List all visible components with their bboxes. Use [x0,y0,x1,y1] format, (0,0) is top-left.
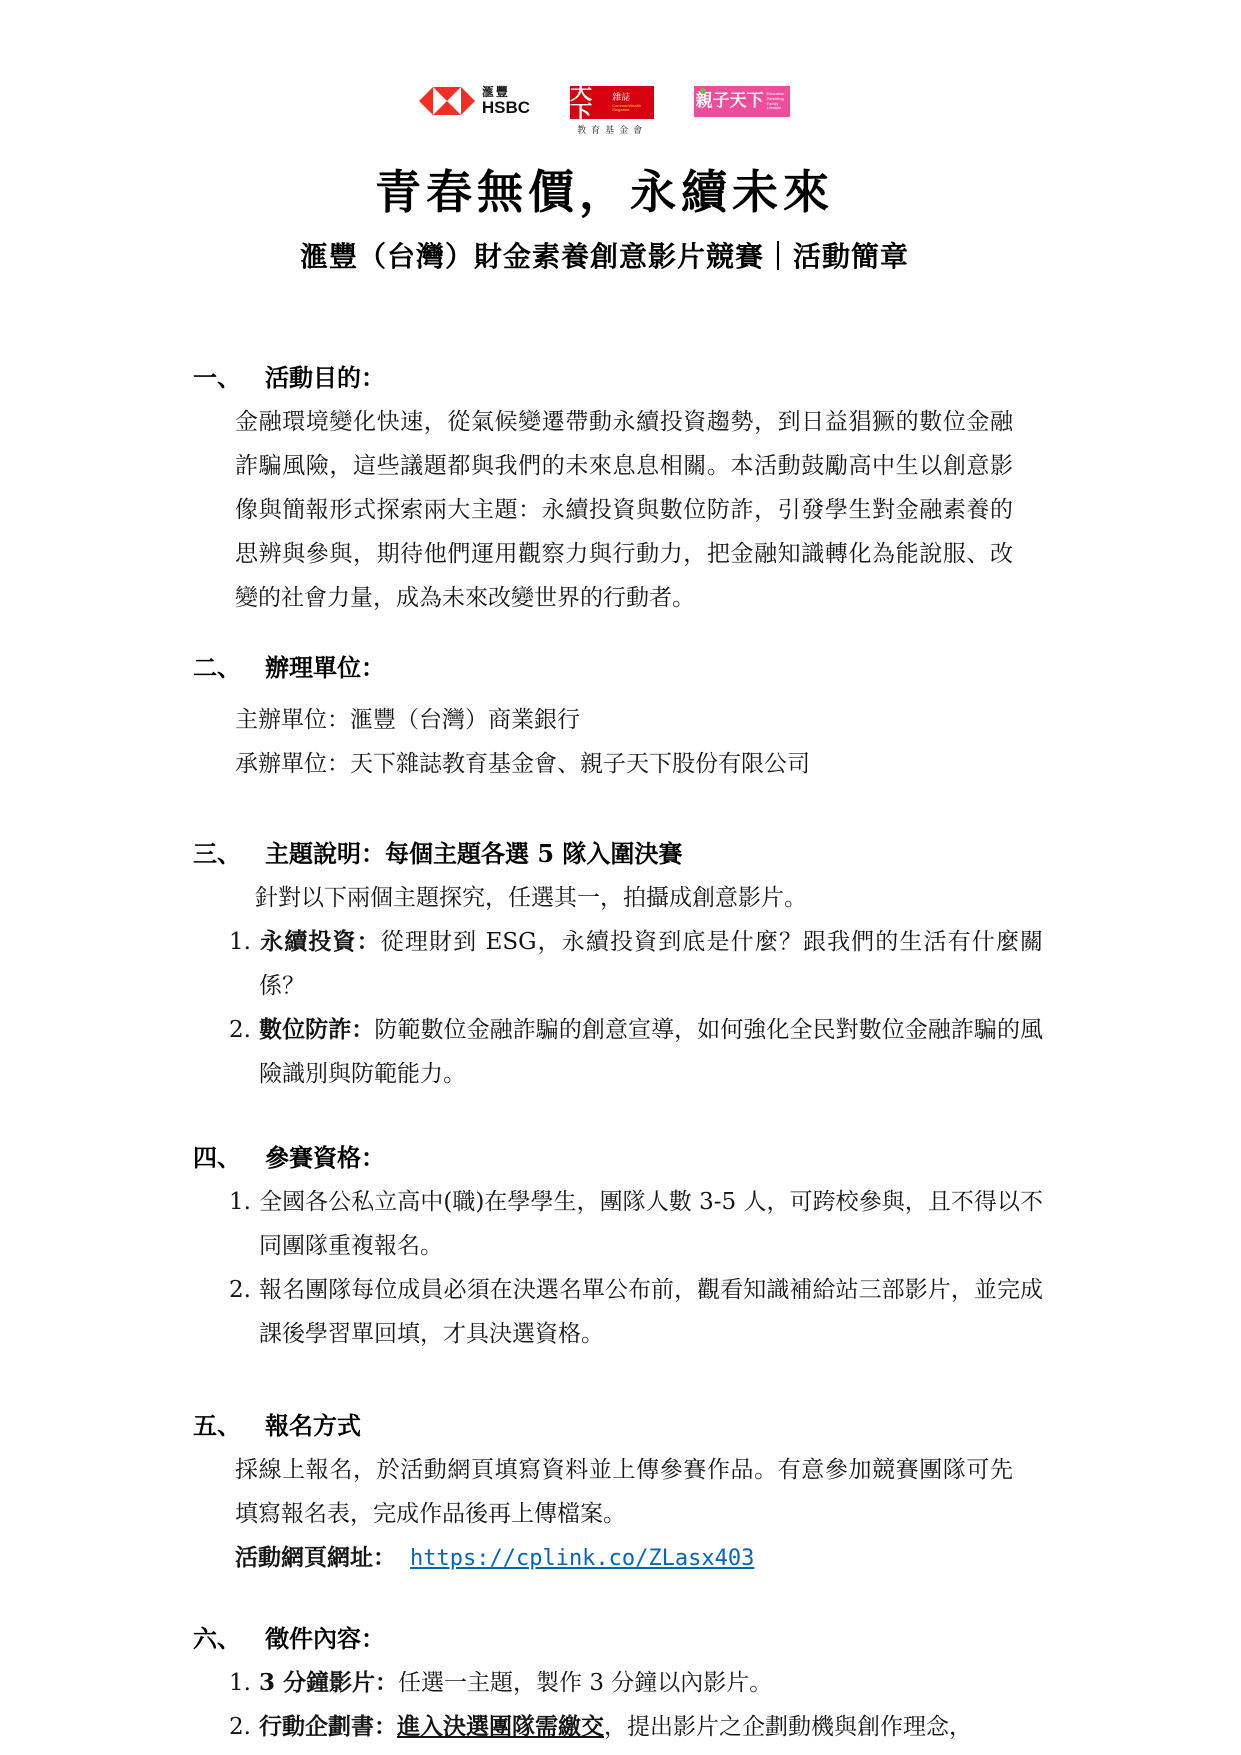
item-bold-label: 行動企劃書： [259,1713,397,1740]
commonwealth-main-label: 天下 [570,81,609,125]
item-number: 2. [229,1705,259,1749]
hsbc-logo: 滙豐 HSBC [419,86,530,116]
commonwealth-logo-box: 天下 雜誌 CommonWealth Magazine [570,86,654,119]
section-heading: 四、 參賽資格： [193,1136,1016,1180]
item-number: 2. [229,1268,259,1312]
section-organizers: 二、 辦理單位： 主辦單位：滙豐（台灣）商業銀行 承辦單位：天下雜誌教育基金會、… [193,646,1016,786]
registration-paragraph: 採線上報名，於活動網頁填寫資料並上傳參賽作品。有意參加競賽團隊可先填寫報名表，完… [235,1448,1013,1536]
section-registration: 五、 報名方式 採線上報名，於活動網頁填寫資料並上傳參賽作品。有意參加競賽團隊可… [193,1404,1016,1581]
theme-item-digital-fraud-prevention: 2.數位防詐：防範數位金融詐騙的創意宣導，如何強化全民對數位金融詐騙的風險識別與… [229,1008,1043,1096]
section-submission: 六、 徵件內容： 1.3 分鐘影片：任選一主題，製作 3 分鐘以內影片。 2.行… [193,1617,1016,1749]
item-text: 任選一主題，製作 3 分鐘以內影片。 [398,1670,772,1696]
parenting-en-label: Education Parenting Family Lifestyle [767,92,789,111]
theme-item-sustainable-investing: 1.永續投資：從理財到 ESG，永續投資到底是什麼？跟我們的生活有什麼關係？ [229,920,1043,1008]
event-url-label: 活動網頁網址： [235,1544,396,1571]
item-number: 2. [229,1008,259,1052]
section-eligibility: 四、 參賽資格： 1.全國各公私立高中(職)在學學生，團隊人數 3-5 人，可跨… [193,1136,1016,1356]
section-purpose: 一、 活動目的： 金融環境變化快速，從氣候變遷帶動永續投資趨勢，到日益猖獗的數位… [193,356,1016,620]
hsbc-en-label: HSBC [482,99,530,116]
event-url-link[interactable]: https://cplink.co/ZLasx403 [410,1546,754,1571]
education-foundation-label: 教育基金會 [577,123,647,136]
item-text: 報名團隊每位成員必須在決選名單公布前，觀看知識補給站三部影片，並完成課後學習單回… [259,1277,1043,1347]
item-text: 防範數位金融詐騙的創意宣導，如何強化全民對數位金融詐騙的風險識別與防範能力。 [259,1017,1043,1087]
purpose-paragraph: 金融環境變化快速，從氣候變遷帶動永續投資趨勢，到日益猖獗的數位金融詐騙風險，這些… [235,400,1013,620]
item-text: ，提出影片之企劃動機與創作理念， [604,1714,972,1740]
organizer-line: 主辦單位：滙豐（台灣）商業銀行 [235,698,1016,742]
item-number: 1. [229,920,259,964]
section-title: 參賽資格： [265,1136,1016,1180]
commonwealth-magazine-logo: 天下 雜誌 CommonWealth Magazine 教育基金會 [570,86,654,136]
section-heading: 五、 報名方式 [193,1404,1016,1448]
section-heading: 一、 活動目的： [193,356,1016,400]
logo-row: 滙豐 HSBC 天下 雜誌 CommonWealth Magazine 教育基金… [193,86,1016,138]
section-number: 五、 [193,1404,265,1448]
section-number: 三、 [193,832,265,876]
section-number: 四、 [193,1136,265,1180]
item-bold-label: 永續投資： [259,928,381,955]
section-title: 主題說明：每個主題各選 5 隊入圍決賽 [265,832,1016,876]
submission-item-video: 1.3 分鐘影片：任選一主題，製作 3 分鐘以內影片。 [229,1661,1043,1705]
section-title: 報名方式 [265,1404,1016,1448]
eligibility-item: 1.全國各公私立高中(職)在學學生，團隊人數 3-5 人，可跨校參與，且不得以不… [229,1180,1043,1268]
item-number: 1. [229,1180,259,1224]
section-heading: 六、 徵件內容： [193,1617,1016,1661]
parenting-world-logo: 親子天下 Education Parenting Family Lifestyl… [694,86,790,117]
section-themes: 三、 主題說明：每個主題各選 5 隊入圍決賽 針對以下兩個主題探究，任選其一，拍… [193,832,1016,1096]
submission-item-action-plan: 2.行動企劃書：進入決選團隊需繳交，提出影片之企劃動機與創作理念， [229,1705,1043,1749]
item-bold-label: 3 分鐘影片： [259,1669,398,1696]
section-heading: 三、 主題說明：每個主題各選 5 隊入圍決賽 [193,832,1016,876]
document-page: 滙豐 HSBC 天下 雜誌 CommonWealth Magazine 教育基金… [0,0,1241,1755]
page-title: 青春無價，永續未來 [193,162,1016,222]
commonwealth-en-label: CommonWealth Magazine [612,104,654,112]
section-title: 辦理單位： [265,646,1016,690]
item-number: 1. [229,1661,259,1705]
themes-intro: 針對以下兩個主題探究，任選其一，拍攝成創意影片。 [255,876,1016,920]
parenting-main-label: 親子天下 [696,93,764,110]
co-organizer-line: 承辦單位：天下雜誌教育基金會、親子天下股份有限公司 [235,742,1016,786]
section-title: 徵件內容： [265,1617,1016,1661]
eligibility-item: 2.報名團隊每位成員必須在決選名單公布前，觀看知識補給站三部影片，並完成課後學習… [229,1268,1043,1356]
item-bold-label: 數位防詐： [259,1016,374,1043]
section-heading: 二、 辦理單位： [193,646,1016,690]
section-number: 一、 [193,356,265,400]
event-url-line: 活動網頁網址：https://cplink.co/ZLasx403 [235,1536,1016,1581]
hsbc-hexagon-icon [419,87,475,115]
section-title: 活動目的： [265,356,1016,400]
item-text: 全國各公私立高中(職)在學學生，團隊人數 3-5 人，可跨校參與，且不得以不同團… [259,1189,1043,1259]
commonwealth-magazine-label: 雜誌 [612,94,654,103]
section-number: 六、 [193,1617,265,1661]
hsbc-zh-label: 滙豐 [482,86,530,98]
item-bold-underline-label: 進入決選團隊需繳交 [397,1713,604,1740]
section-number: 二、 [193,646,265,690]
parenting-logo-box: 親子天下 Education Parenting Family Lifestyl… [694,86,790,117]
page-subtitle: 滙豐（台灣）財金素養創意影片競賽｜活動簡章 [193,236,1016,278]
